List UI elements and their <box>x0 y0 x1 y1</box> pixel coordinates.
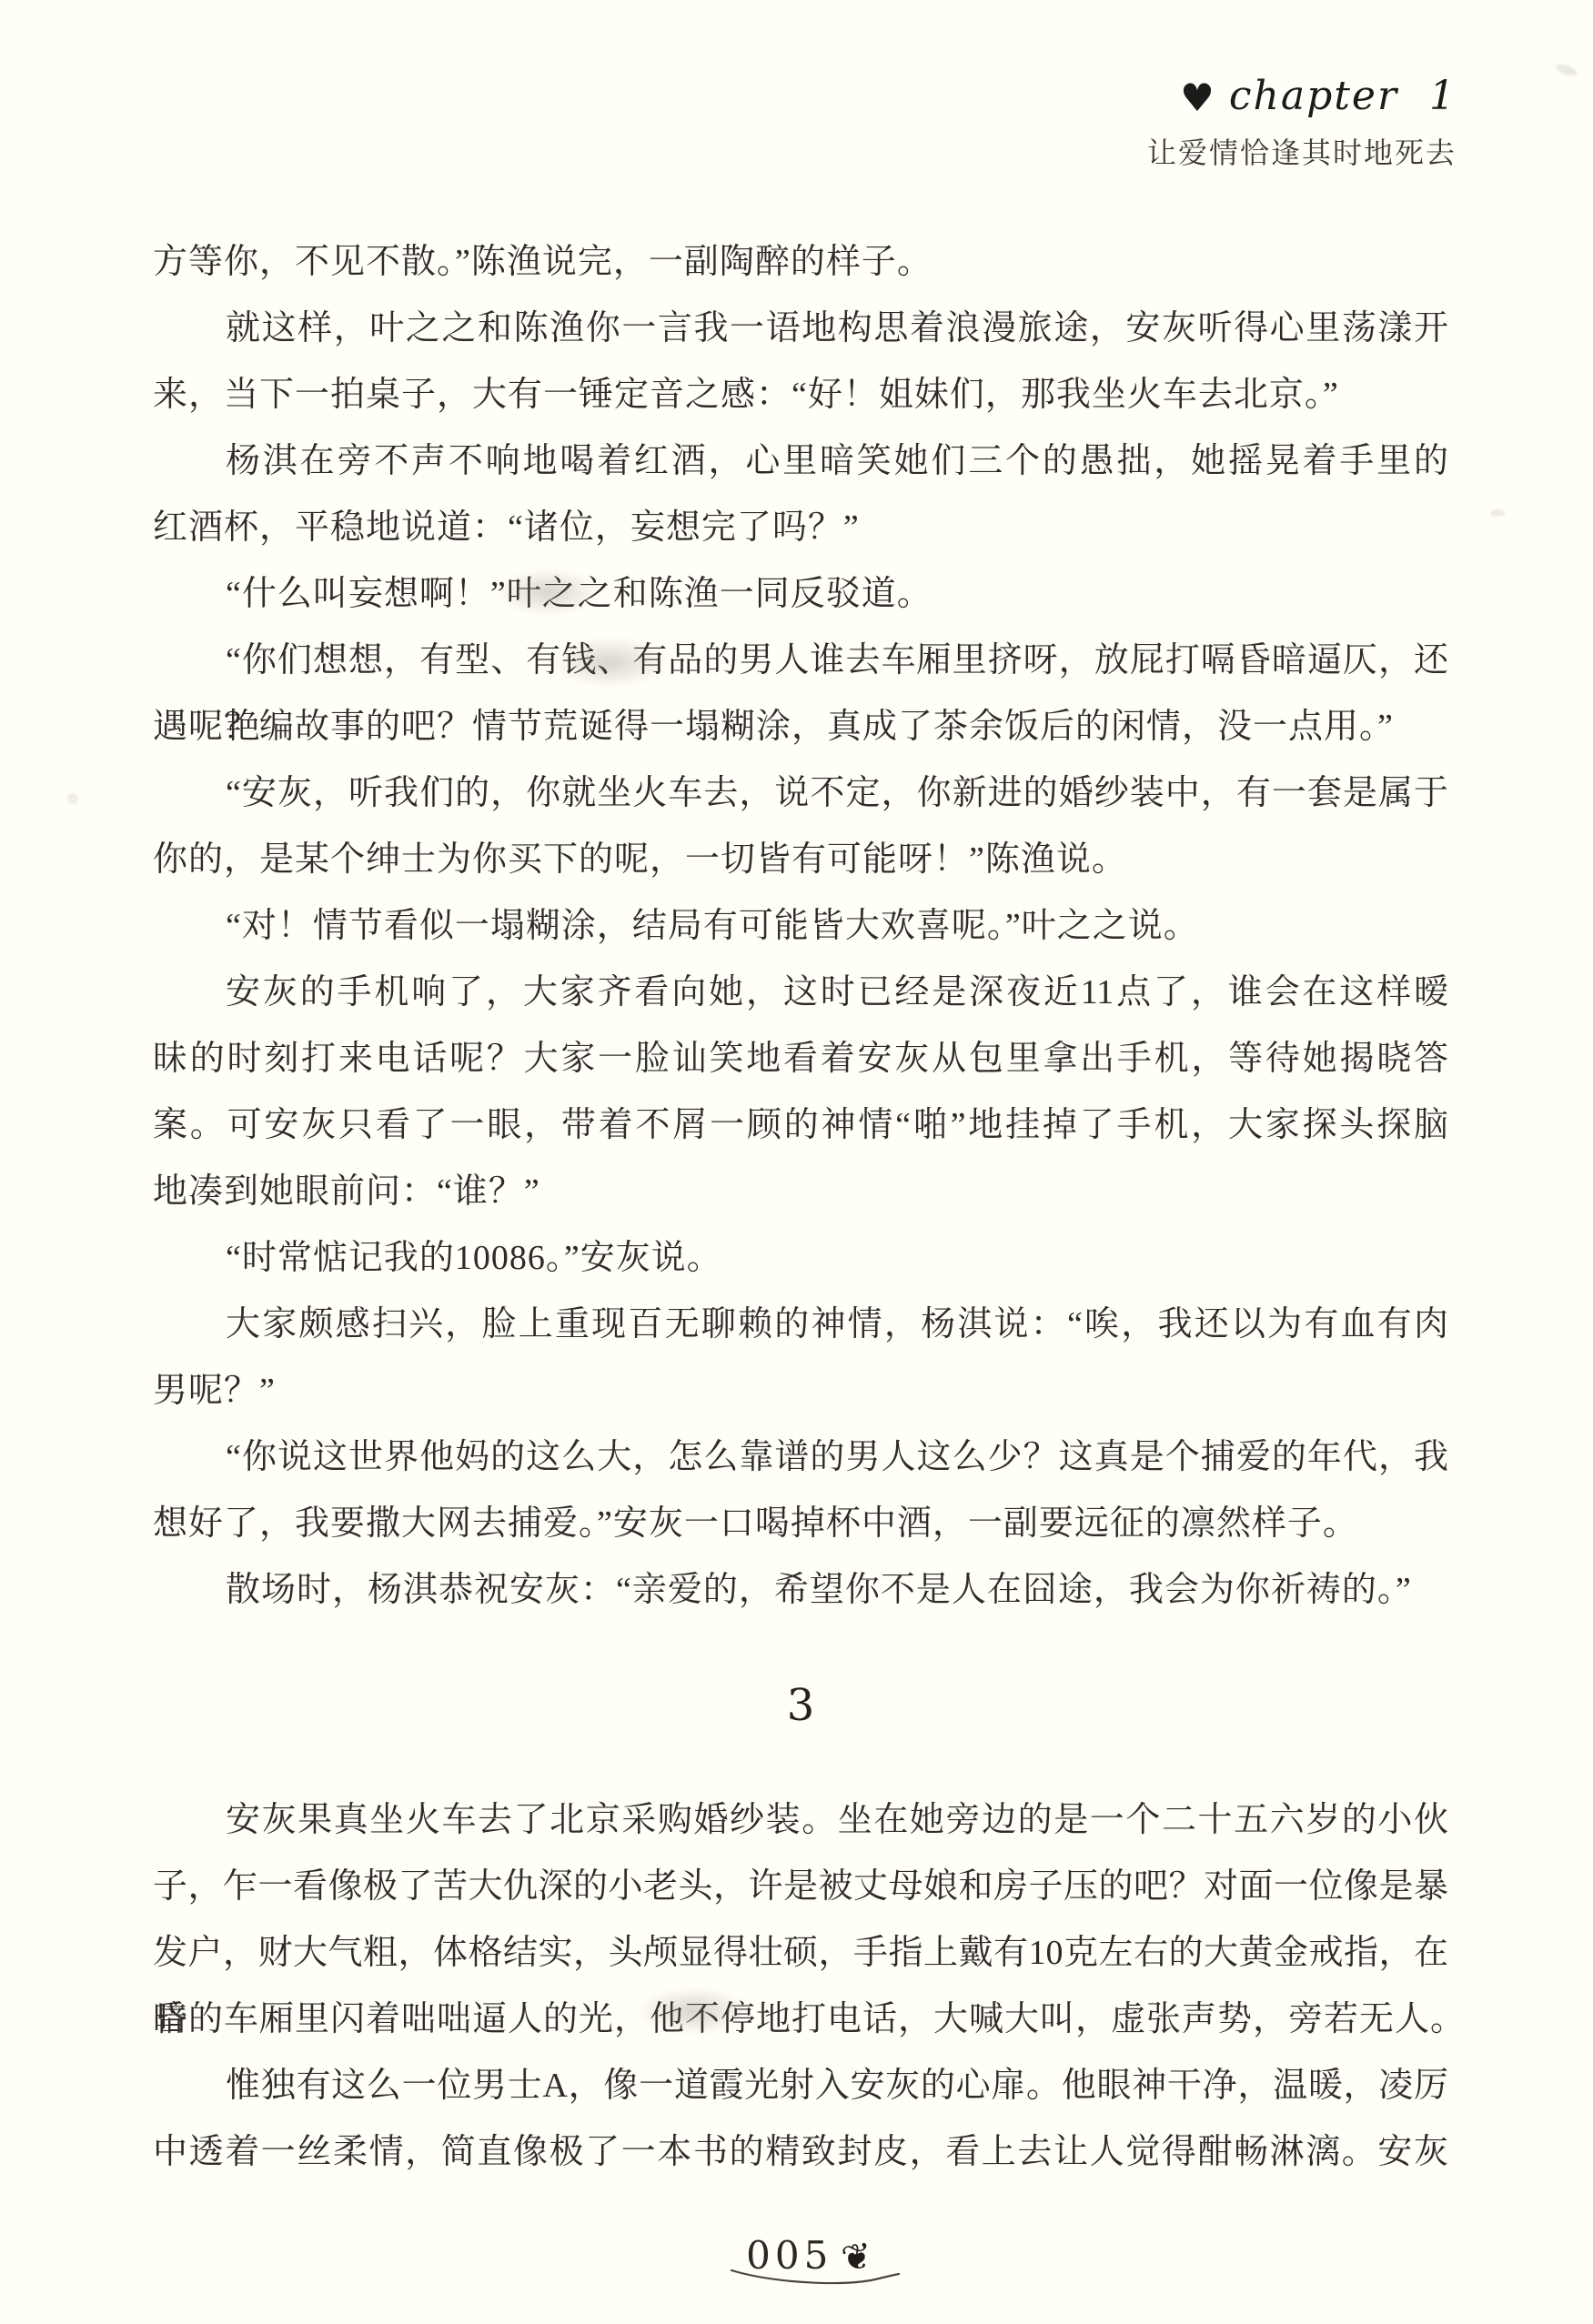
text-line: 昧的时刻打来电话呢？大家一脸讪笑地看着安灰从包里拿出手机，等待她揭晓答 <box>153 1026 1448 1092</box>
scan-speck <box>1555 62 1578 78</box>
text-line: 暗的车厢里闪着咄咄逼人的光，他不停地打电话，大喊大叫，虚张声势，旁若无人。 <box>153 1987 1448 2053</box>
text-line: “安灰，听我们的，你就坐火车去，说不定，你新进的婚纱装中，有一套是属于 <box>153 760 1448 827</box>
text-line: 案。可安灰只看了一眼，带着不屑一顾的神情“啪”地挂掉了手机，大家探头探脑 <box>153 1092 1448 1159</box>
text-line: “对！情节看似一塌糊涂，结局有可能皆大欢喜呢。”叶之之说。 <box>153 893 1448 960</box>
scan-speck <box>1490 509 1505 517</box>
book-page: ♥chapter1 让爱情恰逢其时地死去 方等你，不见不散。”陈渔说完，一副陶醉… <box>0 0 1593 2324</box>
chapter-header: ♥chapter1 让爱情恰逢其时地死去 <box>1147 73 1457 172</box>
chapter-number: 1 <box>1429 73 1457 119</box>
text-line: 中透着一丝柔情，简直像极了一本书的精致封皮，看上去让人觉得酣畅淋漓。安灰 <box>153 2119 1448 2186</box>
page-footer: 005 ❦ <box>0 2233 1593 2278</box>
scan-speck <box>67 793 78 804</box>
page-number: 005 <box>746 2233 832 2278</box>
text-line: 红酒杯，平稳地说道：“诸位，妄想完了吗？” <box>153 495 1448 561</box>
text-line: “你们想想，有型、有钱、有品的男人谁去车厢里挤呀，放屁打嗝昏暗逼仄，还艳 <box>153 628 1448 694</box>
text-line: 安灰的手机响了，大家齐看向她，这时已经是深夜近11点了，谁会在这样暧 <box>153 960 1448 1026</box>
text-line: 大家颇感扫兴，脸上重现百无聊赖的神情，杨淇说：“唉，我还以为有血有肉 <box>153 1292 1448 1358</box>
text-line: 你的，是某个绅士为你买下的呢，一切皆有可能呀！”陈渔说。 <box>153 827 1448 893</box>
text-line: 散场时，杨淇恭祝安灰：“亲爱的，希望你不是人在囧途，我会为你祈祷的。” <box>153 1557 1448 1624</box>
text-line: 遇呢？编故事的吧？情节荒诞得一塌糊涂，真成了茶余饭后的闲情，没一点用。” <box>153 694 1448 760</box>
heart-ornament-icon: ❦ <box>839 2234 875 2280</box>
paragraph-block-1: 方等你，不见不散。”陈渔说完，一副陶醉的样子。就这样，叶之之和陈渔你一言我一语地… <box>153 229 1448 1624</box>
body-text: 方等你，不见不散。”陈渔说完，一副陶醉的样子。就这样，叶之之和陈渔你一言我一语地… <box>153 229 1448 2186</box>
text-line: 杨淇在旁不声不响地喝着红酒，心里暗笑她们三个的愚拙，她摇晃着手里的 <box>153 428 1448 495</box>
text-line: 就这样，叶之之和陈渔你一言我一语地构思着浪漫旅途，安灰听得心里荡漾开 <box>153 296 1448 362</box>
text-line: “你说这世界他妈的这么大，怎么靠谱的男人这么少？这真是个捕爱的年代，我 <box>153 1424 1448 1491</box>
text-line: 方等你，不见不散。”陈渔说完，一副陶醉的样子。 <box>153 229 1448 296</box>
text-line: 安灰果真坐火车去了北京采购婚纱装。坐在她旁边的是一个二十五六岁的小伙 <box>153 1787 1448 1854</box>
text-line: 男呢？” <box>153 1358 1448 1424</box>
text-line: “什么叫妄想啊！”叶之之和陈渔一同反驳道。 <box>153 561 1448 628</box>
chapter-label: chapter <box>1229 73 1398 119</box>
text-line: “时常惦记我的10086。”安灰说。 <box>153 1225 1448 1292</box>
text-line: 想好了，我要撒大网去捕爱。”安灰一口喝掉杯中酒，一副要远征的凛然样子。 <box>153 1491 1448 1557</box>
text-line: 发户，财大气粗，体格结实，头颅显得壮硕，手指上戴有10克左右的大黄金戒指，在昏 <box>153 1920 1448 1987</box>
text-line: 来，当下一拍桌子，大有一锤定音之感：“好！姐妹们，那我坐火车去北京。” <box>153 362 1448 428</box>
section-number: 3 <box>153 1624 1448 1787</box>
chapter-subtitle: 让爱情恰逢其时地死去 <box>1147 130 1457 172</box>
chapter-title: ♥chapter1 <box>1147 73 1457 119</box>
text-line: 子，乍一看像极了苦大仇深的小老头，许是被丈母娘和房子压的吧？对面一位像是暴 <box>153 1854 1448 1920</box>
text-line: 地凑到她眼前问：“谁？” <box>153 1159 1448 1225</box>
heart-icon: ♥ <box>1180 75 1216 120</box>
paragraph-block-2: 安灰果真坐火车去了北京采购婚纱装。坐在她旁边的是一个二十五六岁的小伙子，乍一看像… <box>153 1787 1448 2186</box>
text-line: 惟独有这么一位男士A，像一道霞光射入安灰的心扉。他眼神干净，温暖，凌厉 <box>153 2053 1448 2119</box>
